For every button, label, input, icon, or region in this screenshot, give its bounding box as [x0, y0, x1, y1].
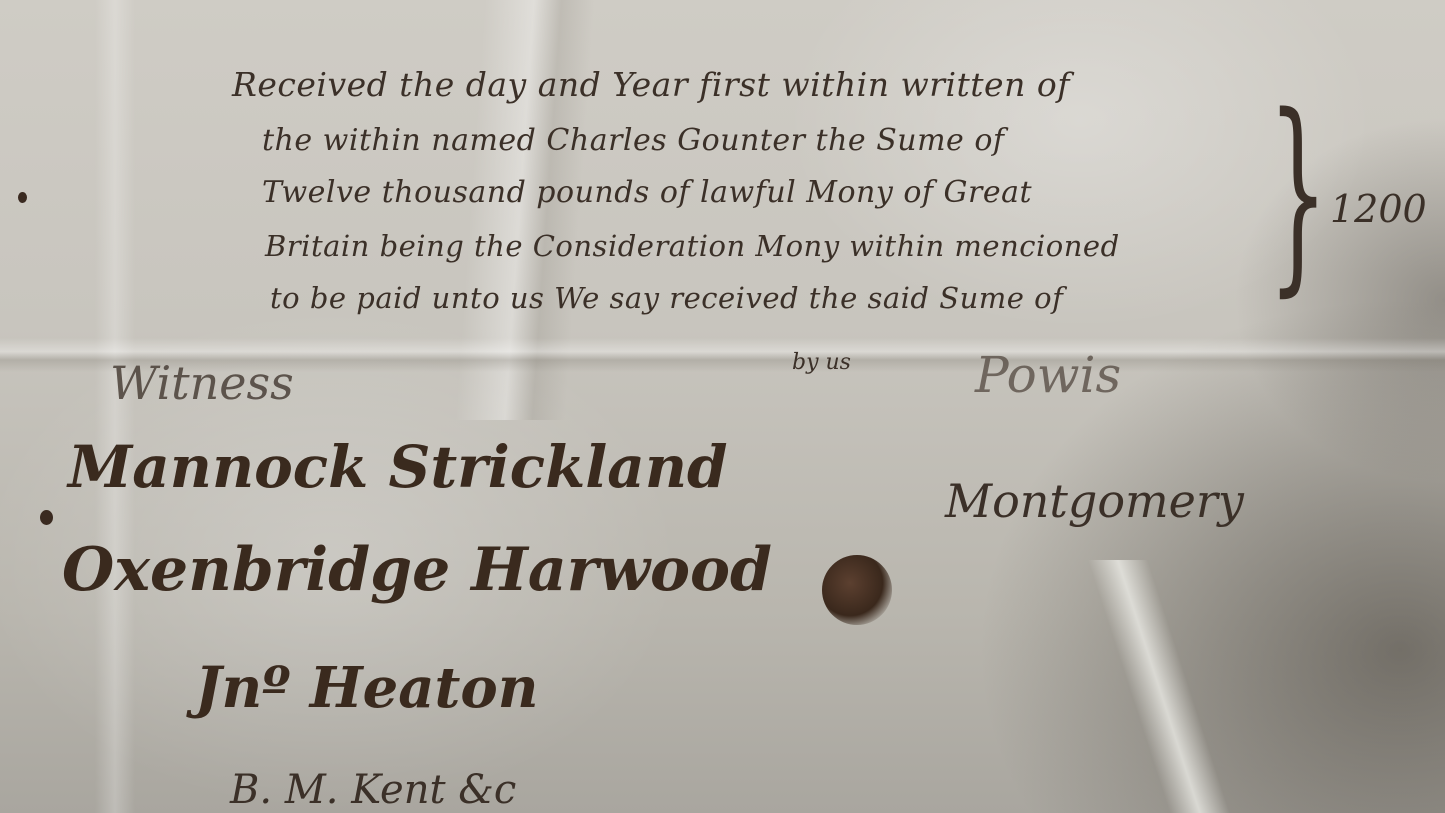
signature-oxenbridge-harwood: Oxenbridge Harwood: [62, 540, 772, 600]
ink-seal-mark: [822, 555, 892, 625]
margin-amount: 1200: [1330, 190, 1427, 228]
paper-tear: [1088, 560, 1232, 813]
curly-brace-icon: }: [1268, 88, 1286, 308]
document-photograph: Received the day and Year first within w…: [0, 0, 1445, 813]
signature-heaton: Jnº Heaton: [195, 660, 538, 716]
by-us-label: by us: [792, 352, 851, 374]
signature-kent: B. M. Kent &c: [230, 770, 516, 810]
body-line-3: Twelve thousand pounds of lawful Mony of…: [262, 178, 1032, 208]
signature-montgomery: Montgomery: [945, 478, 1244, 524]
body-line-1: Received the day and Year first within w…: [232, 68, 1070, 101]
ink-spot: [18, 192, 27, 203]
body-line-4: Britain being the Consideration Mony wit…: [265, 232, 1120, 261]
body-line-5: to be paid unto us We say received the s…: [270, 284, 1063, 313]
witness-label: Witness: [110, 360, 294, 406]
signature-mannock-strickland: Mannock Strickland: [68, 438, 728, 496]
paper-crease: [455, 0, 594, 420]
signature-powis: Powis: [975, 350, 1121, 400]
body-line-2: the within named Charles Gounter the Sum…: [262, 126, 1005, 156]
ink-spot: [40, 510, 53, 525]
